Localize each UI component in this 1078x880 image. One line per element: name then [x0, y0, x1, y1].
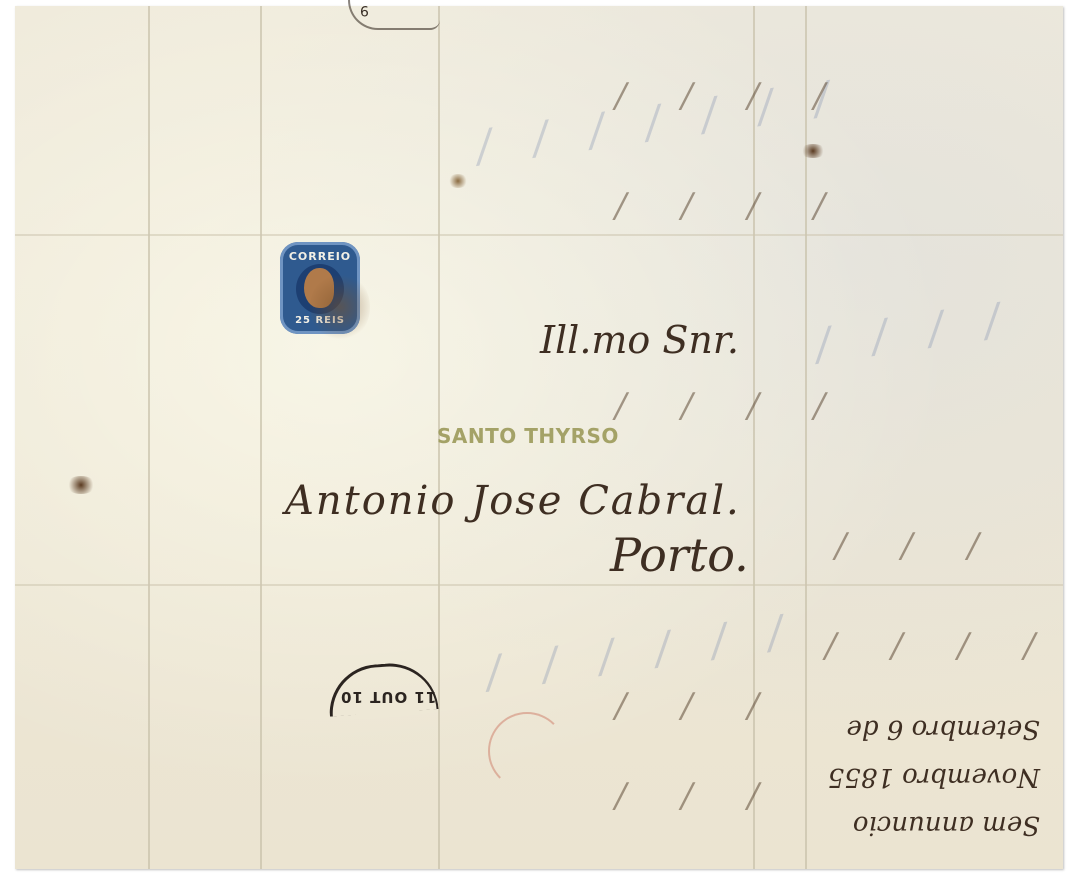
salutation: Ill.mo Snr. — [540, 318, 739, 362]
show-through-writing: / / / / — [812, 292, 1016, 370]
ink-stain — [800, 144, 826, 158]
addressee-name: Antonio Jose Cabral. — [285, 478, 741, 524]
docket-line: Sem annuncio — [800, 801, 1040, 849]
destination-city: Porto. — [610, 528, 749, 582]
fold-line — [260, 6, 262, 869]
fold-line — [753, 6, 755, 869]
show-through-writing: / / / / — [615, 186, 847, 226]
postage-stamp: CORREIO 25 REIS — [280, 242, 360, 334]
red-partial-postmark — [488, 712, 566, 790]
docket-line: Setembro 6 de — [800, 705, 1040, 753]
show-through-writing: / / / / — [825, 626, 1057, 666]
stamp-cancellation — [310, 272, 370, 342]
straightline-postmark: SANTO THYRSO — [437, 424, 619, 448]
show-through-writing: / / / / — [615, 386, 847, 426]
fold-line — [15, 234, 1063, 236]
show-through-writing: / / / — [615, 686, 781, 726]
docket-note: Sem annuncio Novembro 1855 Setembro 6 de — [800, 705, 1040, 849]
ink-stain — [448, 174, 468, 188]
fold-line — [148, 6, 150, 869]
arrival-postmark-text: 11 OUT 10 — [340, 688, 436, 706]
fold-line — [15, 584, 1063, 586]
ink-stain — [66, 476, 96, 494]
stamp-top-text: CORREIO — [286, 250, 354, 263]
docket-line: Novembro 1855 — [800, 753, 1040, 801]
show-through-writing: / / / / — [615, 76, 847, 116]
show-through-writing: / / / — [615, 776, 781, 816]
partial-postmark-text: 9 — [360, 2, 369, 18]
show-through-writing: / / / — [835, 526, 1001, 566]
